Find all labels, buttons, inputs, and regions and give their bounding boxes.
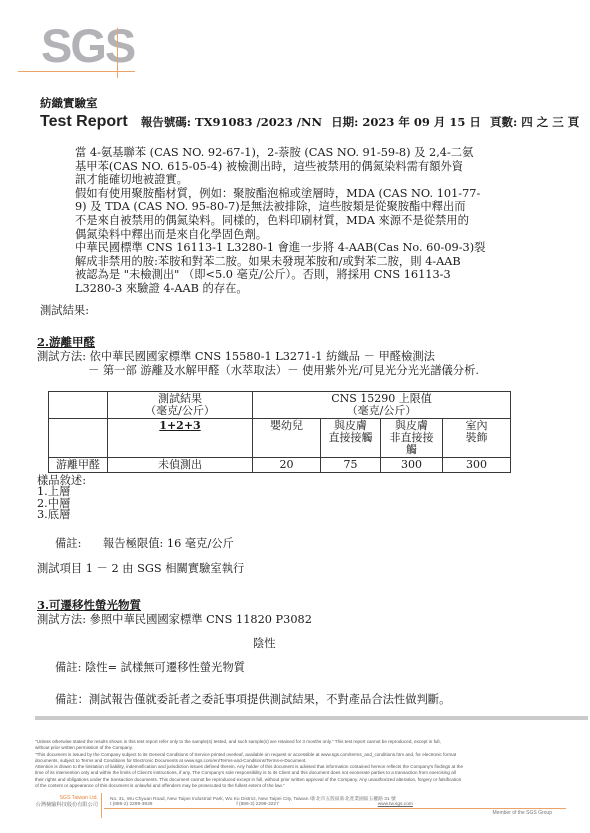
company-phone: t (886-2) 2299-3939 (110, 802, 235, 807)
note-label: 備註: (55, 537, 81, 550)
paragraph-line: 解成非禁用的胺:苯胺和對苯二胺。如果未發現苯胺和/或對苯二胺，則 4-AAB (75, 255, 575, 269)
note-value: 報告極限值: 16 毫克/公斤 (103, 537, 234, 550)
paragraph-line: 基甲苯(CAS NO. 615-05-4) 被檢測出時，這些被禁用的偶氮染料需有… (75, 160, 575, 174)
report-number: 報告號碼: TX91083 /2023 /NN (141, 115, 322, 129)
limit-interior-cell: 300 (443, 458, 511, 473)
test-report-page: SGS 紡織實驗室 Test Report 報告號碼: TX91083 /202… (0, 0, 590, 833)
limit-non-direct-cell: 300 (381, 458, 443, 473)
section3-note2: 備註：測試報告僅就委託者之委託事項提供測試結果，不對產品合法性做判斷。 (55, 691, 450, 707)
non-direct-skin-contact-header-cell: 與皮膚 非直接接 觸 (381, 419, 443, 458)
test-results-label: 測試結果: (40, 302, 89, 318)
interior-decoration-header-cell: 室內 裝飾 (443, 419, 511, 458)
direct-skin-contact-header-cell: 與皮膚 直接接觸 (321, 419, 381, 458)
paragraph-line: 被認為是 "未檢測出" （即<5.0 毫克/公斤）。否則，將採用 CNS 161… (75, 268, 575, 282)
table-header-row-sub: 1+2+3 嬰幼兒 與皮膚 直接接觸 與皮膚 非直接接 觸 室內 裝飾 (49, 419, 511, 458)
result-header-cell: 測試結果 （毫克/公斤） (108, 392, 253, 419)
section3-result: 陰性 (253, 635, 276, 651)
logo-crop-mark-vertical (117, 28, 118, 78)
company-address: No. 31, Wu Chyuan Road, New Taipei Indus… (110, 795, 585, 802)
report-date: 日期: 2023 年 09 月 15 日 (331, 115, 481, 129)
sample-description-block: 樣品敘述: 1.上層 2.中層 3.底層 (37, 475, 86, 520)
section3-method: 測試方法: 參照中華民國國家標準 CNS 11820 P3082 (37, 611, 312, 627)
paragraph-line: 偶氮染料中釋出而是來自化學固色劑。 (75, 228, 575, 242)
company-name-en: SGS Taiwan Ltd. (5, 795, 98, 802)
azo-dye-remarks-paragraph: 當 4-氨基聯苯 (CAS NO. 92-67-1)，2-萘胺 (CAS NO.… (75, 146, 575, 296)
report-header: Test Report 報告號碼: TX91083 /2023 /NN 日期: … (40, 111, 579, 131)
sample-sum-header-cell: 1+2+3 (108, 419, 253, 458)
report-pages: 頁數: 四 之 三 頁 (490, 115, 579, 129)
paragraph-line: 訊才能確切地被證實。 (75, 173, 575, 187)
paragraph-line: 當 4-氨基聯苯 (CAS NO. 92-67-1)，2-萘胺 (CAS NO.… (75, 146, 575, 160)
formaldehyde-results-table: 測試結果 （毫克/公斤） CNS 15290 上限值 （毫克/公斤） 1+2+3… (48, 391, 511, 473)
paragraph-line: 9) 及 TDA (CAS NO. 95-80-7)是無法被排除，這些胺類是從聚… (75, 200, 575, 214)
sample-item: 3.底層 (37, 509, 86, 520)
company-fax: f (886-2) 2299-3227 (236, 802, 376, 807)
empty-cell (49, 392, 108, 419)
paragraph-line: 中華民國標準 CNS 16113-1 L3280-1 會進一步將 4-AAB(C… (75, 241, 575, 255)
report-title: Test Report (40, 113, 128, 130)
footer-horizontal-rule (104, 808, 566, 809)
sample-item: 1.上層 (37, 486, 86, 497)
lab-name: 紡織實驗室 (40, 95, 98, 111)
paragraph-line: L3280-3 來驗證 4-AAB 的存在。 (75, 282, 575, 296)
section2-note: 備註: 報告極限值: 16 毫克/公斤 (55, 535, 234, 551)
test-result-cell: 未偵測出 (108, 458, 253, 473)
table-header-row-groups: 測試結果 （毫克/公斤） CNS 15290 上限值 （毫克/公斤） (49, 392, 511, 419)
executing-lab-note: 測試項目 1 － 2 由 SGS 相關實驗室執行 (37, 560, 244, 576)
paragraph-line: 假如有使用聚胺酯材質，例如：聚胺酯泡棉或塗層時，MDA (CAS NO. 101… (75, 187, 575, 201)
company-name-zh: 台灣檢驗科技股份有限公司 (5, 802, 98, 809)
table-row: 游離甲醛 未偵測出 20 75 300 300 (49, 458, 511, 473)
test-item-cell: 游離甲醛 (49, 458, 108, 473)
company-contact-row: t (886-2) 2299-3939 f (886-2) 2299-3227 … (110, 802, 585, 807)
infant-header-cell: 嬰幼兒 (253, 419, 321, 458)
cns-limit-header-cell: CNS 15290 上限值 （毫克/公斤） (253, 392, 511, 419)
sgs-group-membership: Member of the SGS Group (340, 810, 552, 816)
section2-method-line2: － 第一部 游離及水解甲醛（水萃取法）－ 使用紫外光/可見光分光光譜儀分析. (88, 362, 479, 378)
legal-disclaimer: "Unless otherwise stated the results sho… (35, 739, 588, 789)
limit-infant-cell: 20 (253, 458, 321, 473)
legal-line: of the content or appearance of this doc… (35, 783, 588, 789)
sgs-logo: SGS (41, 22, 134, 69)
paragraph-line: 不是來自被禁用的偶氮染料。同樣的，色料印刷材質，MDA 來源不是從禁用的 (75, 214, 575, 228)
company-name-block: SGS Taiwan Ltd. 台灣檢驗科技股份有限公司 (5, 795, 98, 809)
footer-divider (35, 716, 588, 720)
empty-cell (49, 419, 108, 458)
limit-direct-cell: 75 (321, 458, 381, 473)
section3-note1: 備註: 陰性= 試樣無可遷移性螢光物質 (55, 659, 245, 675)
company-website-link[interactable]: www.tw.sgs.com (378, 802, 413, 807)
footer-vertical-rule (101, 793, 102, 818)
